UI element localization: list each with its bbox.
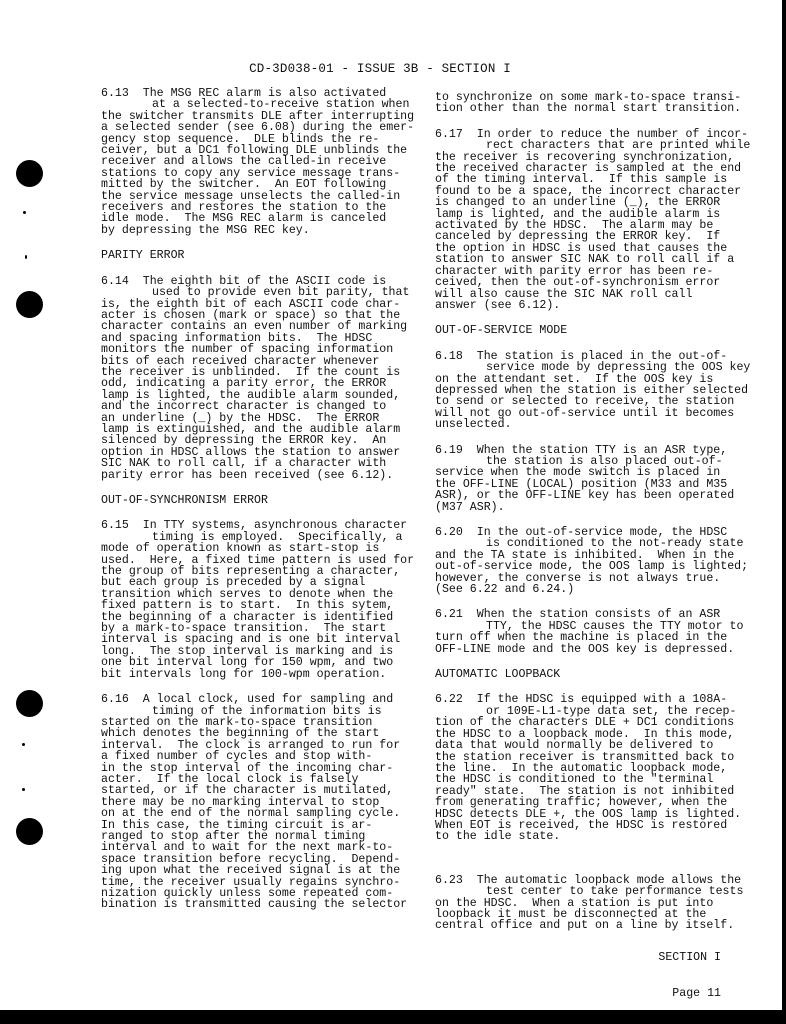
section-heading: OUT-OF-SERVICE MODE xyxy=(435,325,775,336)
text-line: on at the end of the normal sampling cyc… xyxy=(101,808,421,819)
text-line: unselected. xyxy=(435,419,775,430)
document-page: CD-3D038-01 - ISSUE 3B - SECTION I 6.13 … xyxy=(0,0,782,1010)
text-line: test center to take performance tests xyxy=(435,886,775,897)
text-line: central office and put on a line by itse… xyxy=(435,920,775,931)
speck xyxy=(23,211,26,214)
text-line: 6.16 A local clock, used for sampling an… xyxy=(101,694,421,705)
right-column: to synchronize on some mark-to-space tra… xyxy=(435,92,775,946)
footer-page-number: Page 11 xyxy=(658,988,721,1000)
text-line: fixed pattern is to start. In this sytem… xyxy=(101,600,421,611)
paragraph: 6.16 A local clock, used for sampling an… xyxy=(101,694,421,911)
text-line: service mode by depressing the OOS key xyxy=(435,362,775,373)
paragraph-continuation: to synchronize on some mark-to-space tra… xyxy=(435,92,775,115)
text-line: parity error has been received (see 6.12… xyxy=(101,470,421,481)
text-line: character contains an even number of mar… xyxy=(101,321,421,332)
paragraph: 6.23 The automatic loopback mode allows … xyxy=(435,875,775,932)
text-line: mitted by the switcher. An EOT following xyxy=(101,179,421,190)
text-line: bit intervals long for 100-wpm operation… xyxy=(101,669,421,680)
text-line: is changed to an underline (_), the ERRO… xyxy=(435,197,775,208)
section-heading: PARITY ERROR xyxy=(101,250,421,261)
text-line: from generating traffic; however, when t… xyxy=(435,797,775,808)
paragraph: 6.21 When the station consists of an ASR… xyxy=(435,609,775,655)
paragraph: 6.15 In TTY systems, asynchronous charac… xyxy=(101,520,421,680)
text-line: out-of-service mode, the OOS lamp is lig… xyxy=(435,561,775,572)
text-line: bination is transmitted causing the sele… xyxy=(101,899,421,910)
text-line: ceived, then the out-of-synchronism erro… xyxy=(435,277,775,288)
paragraph: 6.14 The eighth bit of the ASCII code is… xyxy=(101,276,421,481)
text-line: and the incorrect character is changed t… xyxy=(101,401,421,412)
section-heading: OUT-OF-SYNCHRONISM ERROR xyxy=(101,495,421,506)
text-line: one bit interval long for 150 wpm, and t… xyxy=(101,657,421,668)
paragraph: 6.17 In order to reduce the number of in… xyxy=(435,129,775,312)
speck xyxy=(25,255,27,259)
text-line: by depressing the MSG REC key. xyxy=(101,225,421,236)
punch-hole xyxy=(16,291,43,318)
text-line: mode of operation known as start-stop is xyxy=(101,543,421,554)
punch-hole xyxy=(16,818,43,845)
text-line: ing upon what the received signal is at … xyxy=(101,865,421,876)
page-footer: SECTION I Page 11 xyxy=(658,928,721,1024)
speck xyxy=(22,743,25,746)
text-line: tion of the characters DLE + DC1 conditi… xyxy=(435,717,775,728)
paragraph: 6.13 The MSG REC alarm is also activated… xyxy=(101,88,421,236)
text-line: OFF-LINE mode and the OOS key is depress… xyxy=(435,644,775,655)
text-line: SIC NAK to roll call, if a character wit… xyxy=(101,458,421,469)
punch-hole xyxy=(16,160,43,187)
text-line: to the idle state. xyxy=(435,831,775,842)
paragraph: 6.20 In the out-of-service mode, the HDS… xyxy=(435,527,775,595)
text-line: which denotes the beginning of the start xyxy=(101,728,421,739)
text-line: ASR), or the OFF-LINE key has been opera… xyxy=(435,490,775,501)
text-line: station to answer SIC NAK to roll call i… xyxy=(435,254,775,265)
text-line: (M37 ASR). xyxy=(435,502,775,513)
text-line: rect characters that are printed while xyxy=(435,140,775,151)
paragraph: 6.18 The station is placed in the out-of… xyxy=(435,351,775,431)
text-line: monitors the number of spacing informati… xyxy=(101,344,421,355)
text-line: data that would normally be delivered to xyxy=(435,740,775,751)
paragraph: 6.19 When the station TTY is an ASR type… xyxy=(435,445,775,513)
text-line: turn off when the machine is placed in t… xyxy=(435,632,775,643)
page-header: CD-3D038-01 - ISSUE 3B - SECTION I xyxy=(0,62,760,76)
text-line: a selected sender (see 6.08) during the … xyxy=(101,122,421,133)
text-line: used to provide even bit parity, that xyxy=(101,287,421,298)
footer-section: SECTION I xyxy=(658,952,721,964)
left-column: 6.13 The MSG REC alarm is also activated… xyxy=(101,88,421,925)
punch-hole xyxy=(16,690,43,717)
text-line: a fixed number of cycles and stop with- xyxy=(101,751,421,762)
text-line: (See 6.22 and 6.24.) xyxy=(435,584,775,595)
paragraph: 6.22 If the HDSC is equipped with a 108A… xyxy=(435,694,775,842)
text-line: tion other than the normal start transit… xyxy=(435,103,775,114)
text-line: answer (see 6.12). xyxy=(435,300,775,311)
section-heading: AUTOMATIC LOOPBACK xyxy=(435,669,775,680)
text-line: the HDSC is conditioned to the "terminal xyxy=(435,774,775,785)
speck xyxy=(22,788,25,791)
